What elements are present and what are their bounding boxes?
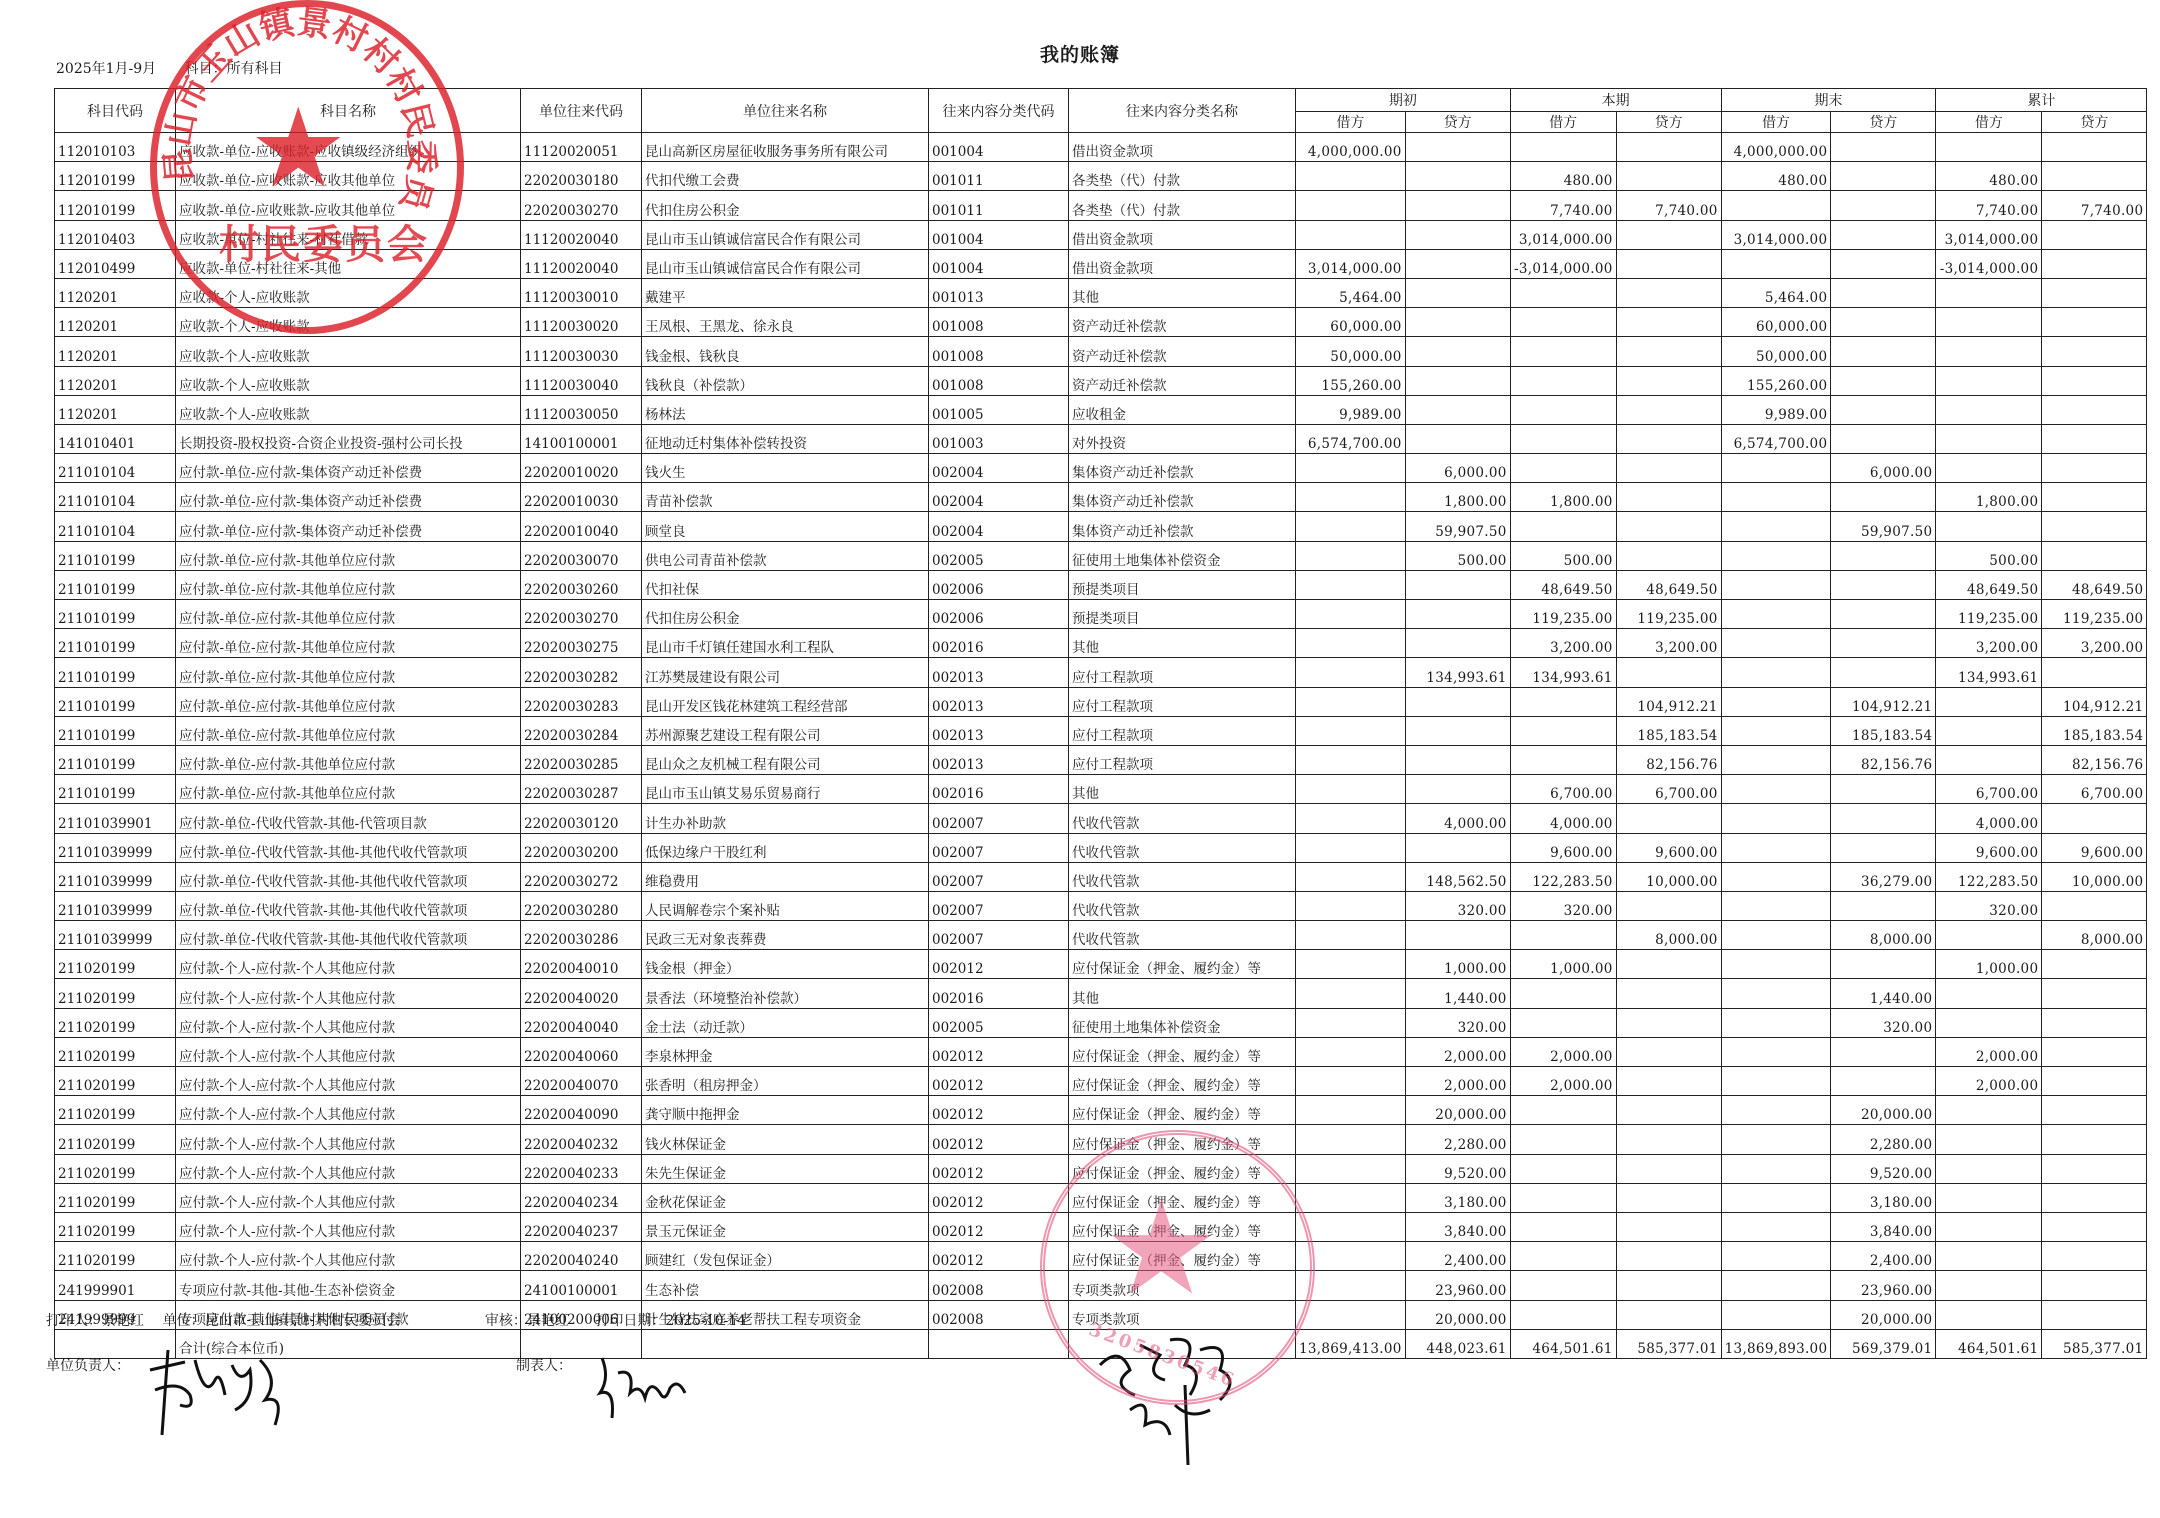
current-debit-cell — [1510, 278, 1616, 307]
unit-name-cell: 代扣住房公积金 — [642, 191, 929, 220]
current-credit-cell: 48,649.50 — [1616, 570, 1721, 599]
table-row: 211010104应付款-单位-应付款-集体资产动迁补偿费22020010030… — [55, 483, 2147, 512]
unit-name-cell: 昆山开发区钱花林建筑工程经营部 — [642, 687, 929, 716]
header-unit-code: 单位往来代码 — [521, 89, 642, 133]
closing-debit-cell — [1721, 629, 1831, 658]
category-name-cell: 专项类款项 — [1069, 1271, 1296, 1300]
header-opening: 期初 — [1296, 89, 1511, 112]
total-cumulative-debit: 464,501.61 — [1936, 1329, 2042, 1358]
cumulative-debit-cell: 134,993.61 — [1936, 658, 2042, 687]
opening-debit-cell — [1296, 541, 1406, 570]
cumulative-credit-cell — [2042, 1271, 2147, 1300]
cumulative-debit-cell — [1936, 1242, 2042, 1271]
subject-name-cell: 应付款-单位-代收代管款-其他-代管项目款 — [176, 804, 521, 833]
opening-credit-cell: 2,280.00 — [1405, 1125, 1510, 1154]
cumulative-debit-cell — [1936, 278, 2042, 307]
opening-debit-cell — [1296, 1300, 1406, 1329]
cumulative-credit-cell — [2042, 1154, 2147, 1183]
current-credit-cell — [1616, 424, 1721, 453]
cumulative-debit-cell — [1936, 745, 2042, 774]
current-debit-cell — [1510, 1125, 1616, 1154]
opening-credit-cell: 2,000.00 — [1405, 1067, 1510, 1096]
current-debit-cell: 2,000.00 — [1510, 1037, 1616, 1066]
opening-debit-cell — [1296, 804, 1406, 833]
subject-name-cell: 应付款-单位-代收代管款-其他-其他代收代管款项 — [176, 921, 521, 950]
unit-code-cell: 22020030285 — [521, 745, 642, 774]
subject-code-cell: 211020199 — [55, 1096, 176, 1125]
subject-name-cell: 应付款-个人-应付款-个人其他应付款 — [176, 950, 521, 979]
document-subheader: 2025年1月-9月 科目：所有科目 — [56, 58, 307, 78]
cumulative-credit-cell: 3,200.00 — [2042, 629, 2147, 658]
closing-credit-cell — [1831, 162, 1936, 191]
subject-code-cell: 1120201 — [55, 395, 176, 424]
current-credit-cell: 9,600.00 — [1616, 833, 1721, 862]
cumulative-credit-cell — [2042, 1212, 2147, 1241]
subject-name-cell: 应付款-个人-应付款-个人其他应付款 — [176, 1096, 521, 1125]
subject-name-cell: 应付款-单位-代收代管款-其他-其他代收代管款项 — [176, 862, 521, 891]
category-code-cell: 002004 — [929, 454, 1069, 483]
opening-debit-cell — [1296, 1154, 1406, 1183]
category-name-cell: 代收代管款 — [1069, 891, 1296, 920]
unit-code-cell: 22020030070 — [521, 541, 642, 570]
unit-name-cell: 计生办补助款 — [642, 804, 929, 833]
unit-name-cell: 民政三无对象丧葬费 — [642, 921, 929, 950]
category-code-cell: 001011 — [929, 191, 1069, 220]
cumulative-debit-cell — [1936, 424, 2042, 453]
closing-debit-cell — [1721, 862, 1831, 891]
unit-code-cell: 14100100001 — [521, 424, 642, 453]
opening-debit-cell — [1296, 220, 1406, 249]
subject-name-cell: 应付款-单位-应付款-其他单位应付款 — [176, 629, 521, 658]
opening-debit-cell — [1296, 862, 1406, 891]
subject-code-cell: 112010199 — [55, 162, 176, 191]
unit-name-cell: 王凤根、王黑龙、徐永良 — [642, 308, 929, 337]
closing-debit-cell — [1721, 1067, 1831, 1096]
subject-name-cell: 应付款-单位-应付款-集体资产动迁补偿费 — [176, 483, 521, 512]
subject-name-cell: 应付款-单位-应付款-集体资产动迁补偿费 — [176, 512, 521, 541]
cumulative-credit-cell — [2042, 278, 2147, 307]
unit-code-cell: 11120030020 — [521, 308, 642, 337]
table-row: 211020199应付款-个人-应付款-个人其他应付款22020040090龚守… — [55, 1096, 2147, 1125]
opening-credit-cell — [1405, 133, 1510, 162]
current-debit-cell — [1510, 1183, 1616, 1212]
closing-debit-cell: 4,000,000.00 — [1721, 133, 1831, 162]
closing-credit-cell: 20,000.00 — [1831, 1300, 1936, 1329]
closing-debit-cell — [1721, 687, 1831, 716]
cumulative-credit-cell — [2042, 249, 2147, 278]
category-code-cell: 002007 — [929, 804, 1069, 833]
current-debit-cell — [1510, 1008, 1616, 1037]
subject-code-cell: 21101039999 — [55, 833, 176, 862]
category-code-cell: 002012 — [929, 1096, 1069, 1125]
opening-credit-cell: 134,993.61 — [1405, 658, 1510, 687]
header-credit: 贷方 — [1831, 112, 1936, 133]
cumulative-credit-cell — [2042, 395, 2147, 424]
unit-head-label: 单位负责人： — [46, 1355, 130, 1375]
closing-credit-cell: 2,400.00 — [1831, 1242, 1936, 1271]
header-debit: 借方 — [1721, 112, 1831, 133]
unit-code-cell: 22020030120 — [521, 804, 642, 833]
category-name-cell: 征使用土地集体补偿资金 — [1069, 541, 1296, 570]
closing-debit-cell: 6,574,700.00 — [1721, 424, 1831, 453]
header-cumulative: 累计 — [1936, 89, 2147, 112]
closing-credit-cell — [1831, 600, 1936, 629]
closing-credit-cell — [1831, 629, 1936, 658]
cumulative-credit-cell — [2042, 512, 2147, 541]
print-date-label: 打印日期：2025-10-14 — [595, 1310, 746, 1330]
category-code-cell: 002007 — [929, 891, 1069, 920]
subject-name-cell: 应付款-个人-应付款-个人其他应付款 — [176, 1125, 521, 1154]
closing-debit-cell — [1721, 716, 1831, 745]
closing-credit-cell: 23,960.00 — [1831, 1271, 1936, 1300]
current-credit-cell — [1616, 1037, 1721, 1066]
category-code-cell: 002016 — [929, 979, 1069, 1008]
cumulative-credit-cell — [2042, 162, 2147, 191]
closing-credit-cell: 20,000.00 — [1831, 1096, 1936, 1125]
subject-code-cell: 211020199 — [55, 1037, 176, 1066]
unit-name-cell: 维稳费用 — [642, 862, 929, 891]
unit-name-cell: 杨林法 — [642, 395, 929, 424]
cumulative-credit-cell — [2042, 979, 2147, 1008]
subject-name-cell: 长期投资-股权投资-合资企业投资-强村公司长投 — [176, 424, 521, 453]
closing-credit-cell — [1831, 833, 1936, 862]
preparer-signature — [590, 1348, 700, 1428]
current-credit-cell: 119,235.00 — [1616, 600, 1721, 629]
opening-debit-cell — [1296, 1212, 1406, 1241]
cumulative-credit-cell: 82,156.76 — [2042, 745, 2147, 774]
unit-name-cell: 低保边缘户干股红利 — [642, 833, 929, 862]
closing-credit-cell — [1831, 249, 1936, 278]
subject-name-cell: 应收款-个人-应收账款 — [176, 395, 521, 424]
opening-debit-cell — [1296, 1008, 1406, 1037]
cumulative-credit-cell: 7,740.00 — [2042, 191, 2147, 220]
subject-name-cell: 应付款-单位-代收代管款-其他-其他代收代管款项 — [176, 833, 521, 862]
header-credit: 贷方 — [2042, 112, 2147, 133]
category-code-cell: 002016 — [929, 775, 1069, 804]
unit-code-cell: 22020040060 — [521, 1037, 642, 1066]
opening-credit-cell: 9,520.00 — [1405, 1154, 1510, 1183]
unit-code-cell: 22020030270 — [521, 600, 642, 629]
table-row: 211010199应付款-单位-应付款-其他单位应付款22020030283昆山… — [55, 687, 2147, 716]
closing-credit-cell: 185,183.54 — [1831, 716, 1936, 745]
closing-credit-cell — [1831, 366, 1936, 395]
subject-name-cell: 应付款-单位-应付款-其他单位应付款 — [176, 570, 521, 599]
closing-debit-cell — [1721, 1300, 1831, 1329]
opening-credit-cell: 59,907.50 — [1405, 512, 1510, 541]
closing-credit-cell — [1831, 541, 1936, 570]
unit-name-cell: 代扣社保 — [642, 570, 929, 599]
current-debit-cell — [1510, 1242, 1616, 1271]
category-name-cell: 资产动迁补偿款 — [1069, 337, 1296, 366]
subject-code-cell: 211010199 — [55, 687, 176, 716]
cumulative-debit-cell — [1936, 1271, 2042, 1300]
opening-credit-cell — [1405, 833, 1510, 862]
current-debit-cell — [1510, 395, 1616, 424]
category-name-cell: 应付保证金（押金、履约金）等 — [1069, 1154, 1296, 1183]
subject-name-cell: 应付款-个人-应付款-个人其他应付款 — [176, 1037, 521, 1066]
cumulative-credit-cell — [2042, 483, 2147, 512]
current-credit-cell — [1616, 249, 1721, 278]
opening-credit-cell: 320.00 — [1405, 1008, 1510, 1037]
table-row: 1120201应收款-个人-应收账款11120030050杨林法001005应收… — [55, 395, 2147, 424]
opening-credit-cell — [1405, 570, 1510, 599]
opening-credit-cell: 3,180.00 — [1405, 1183, 1510, 1212]
header-category-code: 往来内容分类代码 — [929, 89, 1069, 133]
opening-credit-cell — [1405, 220, 1510, 249]
cumulative-debit-cell: 1,800.00 — [1936, 483, 2042, 512]
subject-code-cell: 211010199 — [55, 775, 176, 804]
current-credit-cell: 185,183.54 — [1616, 716, 1721, 745]
opening-credit-cell: 2,000.00 — [1405, 1037, 1510, 1066]
unit-name-cell: 苏州源聚艺建设工程有限公司 — [642, 716, 929, 745]
unit-code-cell: 22020040010 — [521, 950, 642, 979]
category-code-cell: 002007 — [929, 921, 1069, 950]
opening-debit-cell — [1296, 512, 1406, 541]
unit-name-cell: 昆山众之友机械工程有限公司 — [642, 745, 929, 774]
unit-name-cell: 钱火林保证金 — [642, 1125, 929, 1154]
opening-credit-cell — [1405, 424, 1510, 453]
cumulative-debit-cell: 480.00 — [1936, 162, 2042, 191]
category-code-cell: 001005 — [929, 395, 1069, 424]
category-name-cell: 借出资金款项 — [1069, 133, 1296, 162]
closing-credit-cell: 1,440.00 — [1831, 979, 1936, 1008]
unit-name-cell: 张香明（租房押金） — [642, 1067, 929, 1096]
period-label: 2025年1月-9月 — [56, 58, 156, 78]
total-closing-credit: 569,379.01 — [1831, 1329, 1936, 1358]
opening-debit-cell — [1296, 979, 1406, 1008]
subject-code-cell: 1120201 — [55, 278, 176, 307]
current-credit-cell — [1616, 1008, 1721, 1037]
cumulative-credit-cell — [2042, 1008, 2147, 1037]
closing-debit-cell — [1721, 249, 1831, 278]
category-code-cell: 001004 — [929, 249, 1069, 278]
subject-name-cell: 应收款-单位-应收账款-应收其他单位 — [176, 162, 521, 191]
cumulative-credit-cell: 119,235.00 — [2042, 600, 2147, 629]
current-debit-cell: 4,000.00 — [1510, 804, 1616, 833]
opening-credit-cell — [1405, 921, 1510, 950]
opening-debit-cell: 6,574,700.00 — [1296, 424, 1406, 453]
current-credit-cell — [1616, 162, 1721, 191]
opening-debit-cell — [1296, 570, 1406, 599]
cumulative-debit-cell: 7,740.00 — [1936, 191, 2042, 220]
unit-code-cell: 22020040090 — [521, 1096, 642, 1125]
opening-debit-cell — [1296, 891, 1406, 920]
category-code-cell: 002004 — [929, 483, 1069, 512]
unit-code-cell: 11120030010 — [521, 278, 642, 307]
current-credit-cell — [1616, 950, 1721, 979]
closing-credit-cell — [1831, 570, 1936, 599]
cumulative-credit-cell — [2042, 133, 2147, 162]
cumulative-debit-cell: 6,700.00 — [1936, 775, 2042, 804]
closing-credit-cell — [1831, 775, 1936, 804]
cumulative-credit-cell — [2042, 424, 2147, 453]
closing-credit-cell: 36,279.00 — [1831, 862, 1936, 891]
unit-name-cell: 金士法（动迁款） — [642, 1008, 929, 1037]
subject-name-cell: 应付款-单位-应付款-其他单位应付款 — [176, 775, 521, 804]
opening-credit-cell — [1405, 308, 1510, 337]
current-debit-cell — [1510, 1212, 1616, 1241]
header-category-name: 往来内容分类名称 — [1069, 89, 1296, 133]
subject-code-cell: 211020199 — [55, 1212, 176, 1241]
cumulative-debit-cell — [1936, 1154, 2042, 1183]
category-name-cell: 应付工程款项 — [1069, 658, 1296, 687]
closing-debit-cell — [1721, 1183, 1831, 1212]
opening-credit-cell: 148,562.50 — [1405, 862, 1510, 891]
opening-debit-cell — [1296, 1096, 1406, 1125]
closing-credit-cell — [1831, 483, 1936, 512]
total-current-debit: 464,501.61 — [1510, 1329, 1616, 1358]
opening-debit-cell — [1296, 600, 1406, 629]
closing-debit-cell — [1721, 1154, 1831, 1183]
unit-code-cell: 11120020051 — [521, 133, 642, 162]
opening-credit-cell: 6,000.00 — [1405, 454, 1510, 483]
opening-debit-cell — [1296, 1242, 1406, 1271]
opening-debit-cell — [1296, 716, 1406, 745]
reviewer-label: 审核：景艳红 — [485, 1310, 569, 1330]
subject-code-cell: 21101039999 — [55, 862, 176, 891]
current-credit-cell — [1616, 308, 1721, 337]
current-credit-cell — [1616, 891, 1721, 920]
closing-debit-cell — [1721, 600, 1831, 629]
current-credit-cell — [1616, 278, 1721, 307]
unit-name-cell: 龚守顺中拖押金 — [642, 1096, 929, 1125]
table-row: 112010499应收款-单位-村社往来-其他11120020040昆山市玉山镇… — [55, 249, 2147, 278]
closing-debit-cell — [1721, 541, 1831, 570]
table-row: 211010199应付款-单位-应付款-其他单位应付款22020030284苏州… — [55, 716, 2147, 745]
closing-credit-cell — [1831, 337, 1936, 366]
current-credit-cell: 104,912.21 — [1616, 687, 1721, 716]
unit-name-cell: 昆山市千灯镇任建国水利工程队 — [642, 629, 929, 658]
opening-credit-cell — [1405, 337, 1510, 366]
closing-credit-cell — [1831, 220, 1936, 249]
current-credit-cell — [1616, 804, 1721, 833]
category-name-cell: 代收代管款 — [1069, 862, 1296, 891]
category-name-cell: 应付保证金（押金、履约金）等 — [1069, 1067, 1296, 1096]
cumulative-credit-cell: 6,700.00 — [2042, 775, 2147, 804]
closing-debit-cell — [1721, 1125, 1831, 1154]
closing-debit-cell — [1721, 891, 1831, 920]
closing-credit-cell: 3,840.00 — [1831, 1212, 1936, 1241]
cumulative-debit-cell — [1936, 337, 2042, 366]
unit-code-cell: 22020030272 — [521, 862, 642, 891]
closing-debit-cell — [1721, 833, 1831, 862]
category-name-cell: 应付工程款项 — [1069, 687, 1296, 716]
opening-debit-cell — [1296, 833, 1406, 862]
category-name-cell: 预提类项目 — [1069, 600, 1296, 629]
subject-code-cell: 21101039999 — [55, 891, 176, 920]
subject-name-cell: 应收款-个人-应收账款 — [176, 308, 521, 337]
current-debit-cell: 48,649.50 — [1510, 570, 1616, 599]
cumulative-debit-cell — [1936, 716, 2042, 745]
table-row: 21101039999应付款-单位-代收代管款-其他-其他代收代管款项22020… — [55, 891, 2147, 920]
preparer-label: 制表人： — [516, 1355, 572, 1375]
cumulative-credit-cell — [2042, 891, 2147, 920]
cumulative-debit-cell — [1936, 454, 2042, 483]
category-code-cell: 002008 — [929, 1300, 1069, 1329]
table-row: 1120201应收款-个人-应收账款11120030040钱秋良（补偿款）001… — [55, 366, 2147, 395]
category-code-cell: 001008 — [929, 366, 1069, 395]
closing-debit-cell — [1721, 1271, 1831, 1300]
subject-code-cell: 211010199 — [55, 541, 176, 570]
category-code-cell: 001003 — [929, 424, 1069, 453]
unit-code-cell: 22020030287 — [521, 775, 642, 804]
table-row: 211020199应付款-个人-应付款-个人其他应付款22020040070张香… — [55, 1067, 2147, 1096]
unit-name-cell: 戴建平 — [642, 278, 929, 307]
table-row: 211010199应付款-单位-应付款-其他单位应付款22020030070供电… — [55, 541, 2147, 570]
cumulative-credit-cell — [2042, 804, 2147, 833]
unit-name-cell: 昆山市玉山镇诚信富民合作有限公司 — [642, 249, 929, 278]
opening-debit-cell — [1296, 629, 1406, 658]
cumulative-debit-cell: -3,014,000.00 — [1936, 249, 2042, 278]
subject-name-cell: 应付款-单位-应付款-其他单位应付款 — [176, 716, 521, 745]
category-name-cell: 应付工程款项 — [1069, 716, 1296, 745]
category-code-cell: 001013 — [929, 278, 1069, 307]
category-code-cell: 002012 — [929, 1242, 1069, 1271]
current-debit-cell: 500.00 — [1510, 541, 1616, 570]
category-name-cell: 代收代管款 — [1069, 921, 1296, 950]
table-row: 211010104应付款-单位-应付款-集体资产动迁补偿费22020010020… — [55, 454, 2147, 483]
opening-debit-cell — [1296, 454, 1406, 483]
opening-debit-cell: 4,000,000.00 — [1296, 133, 1406, 162]
subject-name-cell: 应收款-个人-应收账款 — [176, 337, 521, 366]
subject-code-cell: 241999901 — [55, 1271, 176, 1300]
printer-label: 打印人：景艳红 — [46, 1310, 144, 1330]
opening-debit-cell — [1296, 775, 1406, 804]
category-name-cell: 集体资产动迁补偿款 — [1069, 512, 1296, 541]
opening-debit-cell — [1296, 1125, 1406, 1154]
category-code-cell: 001011 — [929, 162, 1069, 191]
category-name-cell: 应付保证金（押金、履约金）等 — [1069, 1037, 1296, 1066]
subject-code-cell: 211010199 — [55, 745, 176, 774]
cumulative-credit-cell: 8,000.00 — [2042, 921, 2147, 950]
cumulative-credit-cell — [2042, 1096, 2147, 1125]
current-debit-cell: 6,700.00 — [1510, 775, 1616, 804]
table-row: 211010199应付款-单位-应付款-其他单位应付款22020030285昆山… — [55, 745, 2147, 774]
unit-code-cell: 22020030180 — [521, 162, 642, 191]
opening-debit-cell — [1296, 1037, 1406, 1066]
closing-debit-cell — [1721, 745, 1831, 774]
subject-name-cell: 应付款-单位-应付款-其他单位应付款 — [176, 600, 521, 629]
table-row: 211010199应付款-单位-应付款-其他单位应付款22020030287昆山… — [55, 775, 2147, 804]
unit-code-cell: 22020030270 — [521, 191, 642, 220]
subject-code-cell: 211010199 — [55, 570, 176, 599]
subject-name-cell: 应付款-个人-应付款-个人其他应付款 — [176, 979, 521, 1008]
category-name-cell: 集体资产动迁补偿款 — [1069, 454, 1296, 483]
cumulative-credit-cell — [2042, 337, 2147, 366]
cumulative-credit-cell: 104,912.21 — [2042, 687, 2147, 716]
category-code-cell: 002013 — [929, 716, 1069, 745]
current-credit-cell — [1616, 1096, 1721, 1125]
current-debit-cell — [1510, 687, 1616, 716]
closing-credit-cell — [1831, 308, 1936, 337]
subject-code-cell: 211020199 — [55, 1183, 176, 1212]
cumulative-credit-cell: 185,183.54 — [2042, 716, 2147, 745]
current-credit-cell: 82,156.76 — [1616, 745, 1721, 774]
current-credit-cell — [1616, 1125, 1721, 1154]
closing-credit-cell — [1831, 891, 1936, 920]
table-row: 112010103应收款-单位-应收账款-应收镇级经济组织11120020051… — [55, 133, 2147, 162]
cumulative-debit-cell: 320.00 — [1936, 891, 2042, 920]
current-debit-cell: 2,000.00 — [1510, 1067, 1616, 1096]
unit-name-cell: 钱秋良（补偿款） — [642, 366, 929, 395]
cumulative-credit-cell: 10,000.00 — [2042, 862, 2147, 891]
current-debit-cell: -3,014,000.00 — [1510, 249, 1616, 278]
unit-name-cell: 钱金根（押金） — [642, 950, 929, 979]
category-name-cell: 各类垫（代）付款 — [1069, 162, 1296, 191]
category-code-cell: 002008 — [929, 1271, 1069, 1300]
unit-code-cell: 24100100001 — [521, 1271, 642, 1300]
closing-debit-cell — [1721, 775, 1831, 804]
